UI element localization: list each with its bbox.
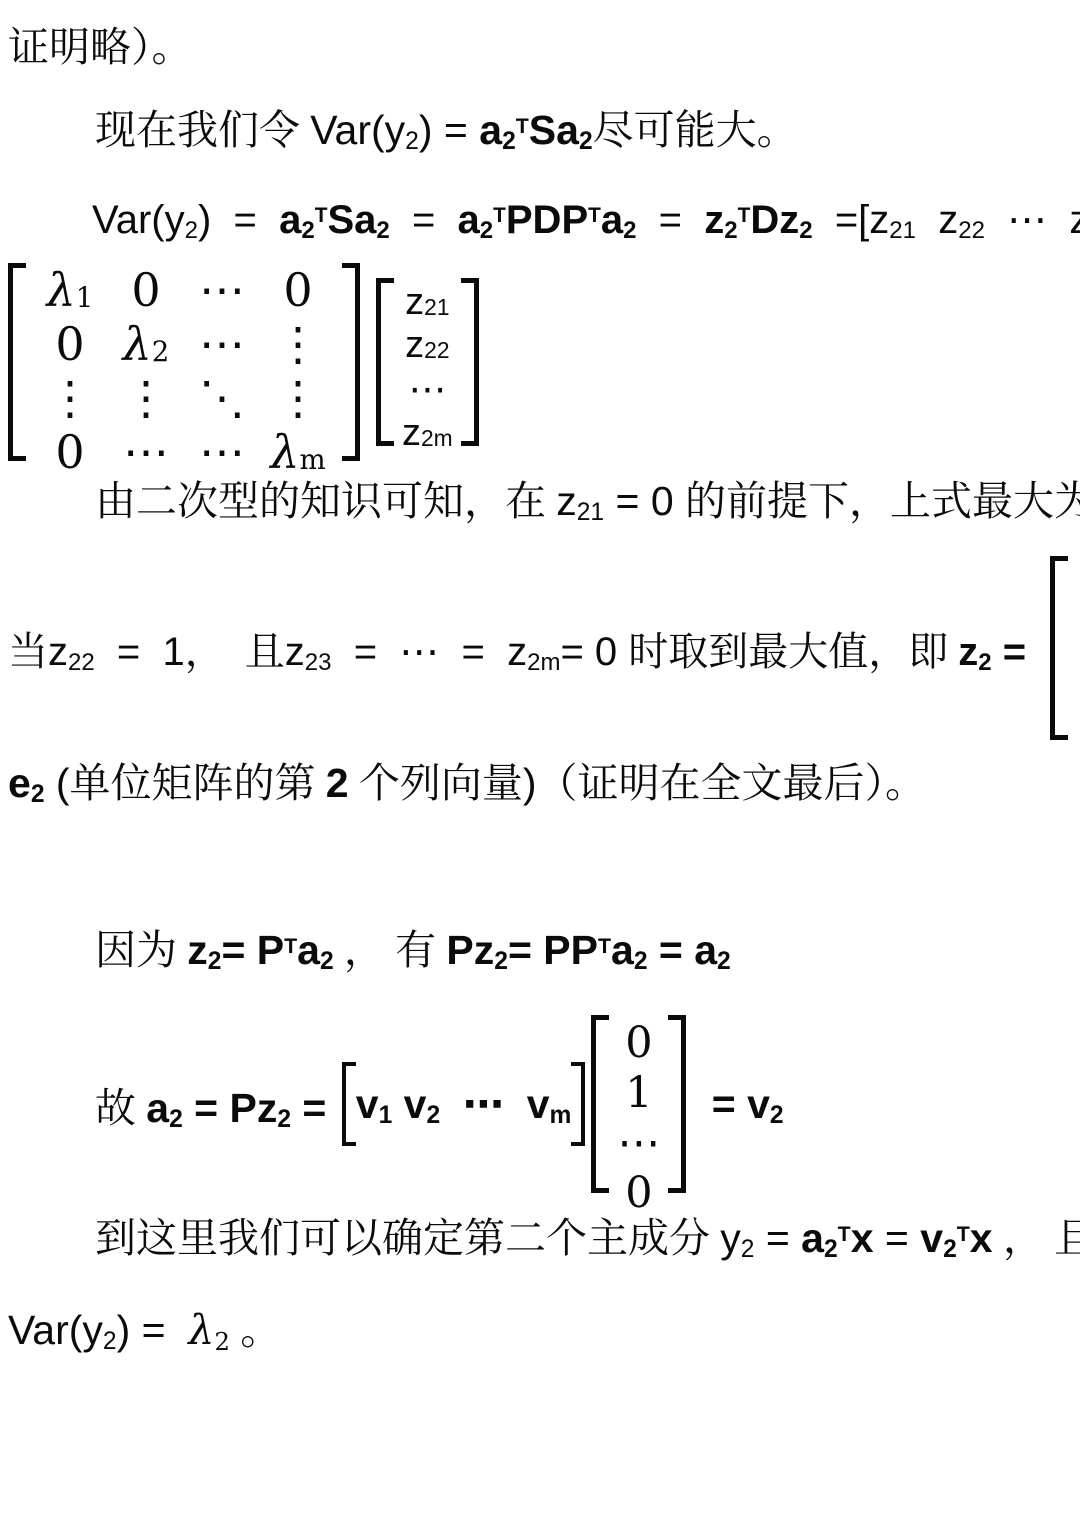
vector-entry: ⋯: [402, 367, 453, 412]
text-segment: a: [801, 1215, 824, 1261]
text-segment: a: [601, 198, 623, 242]
text-segment: v: [920, 1215, 943, 1261]
matrix-cell: λm: [260, 425, 336, 479]
text-segment: 到这里我们可以确定第二个主成分: [95, 1215, 720, 1261]
text-segment: Dz: [750, 198, 799, 242]
vector-entry: 0: [1076, 559, 1080, 609]
text-segment: 0: [283, 263, 312, 317]
text-segment: 2: [301, 217, 314, 244]
text-segment: 2: [502, 128, 516, 155]
text-segment: ， 且: [993, 1215, 1080, 1261]
text-segment: ⋯: [408, 367, 446, 412]
text-segment: ⋮: [123, 371, 169, 425]
text-segment: 2: [770, 1102, 784, 1129]
text-segment: ， 有: [334, 927, 447, 973]
text-segment: ⋯ v: [440, 1081, 549, 1127]
text-segment: z: [916, 198, 958, 242]
text-segment: m: [299, 443, 325, 476]
text-segment: ⋮: [47, 371, 93, 425]
text-segment: 2: [208, 948, 222, 975]
left-bracket-icon: [591, 1015, 609, 1193]
text-segment: T: [516, 114, 529, 138]
text-segment: 故: [95, 1085, 146, 1131]
text-segment: 单位矩阵的第: [70, 760, 326, 806]
text-segment: a: [479, 107, 502, 153]
text-segment: 2: [480, 217, 493, 244]
text-segment: 22: [958, 217, 985, 244]
text-segment: a: [279, 198, 301, 242]
text-segment: Pz: [446, 927, 494, 973]
text-segment: 2: [799, 217, 812, 244]
text-segment: = ⋯ = z: [331, 630, 527, 674]
text-segment: T: [284, 934, 297, 958]
text-segment: 1: [625, 1068, 652, 1118]
lambda-diagonal-matrix: λ10⋯00λ2⋯⋮⋮⋮⋱⋮0⋯⋯λm: [8, 263, 360, 461]
text-segment: z: [187, 927, 208, 973]
text-segment: ， 且: [185, 629, 285, 674]
text-segment: 0: [625, 1168, 652, 1218]
text-segment: T: [838, 1222, 851, 1246]
text-segment: 2: [978, 649, 991, 676]
text-segment: 0: [131, 263, 160, 317]
text-segment: Var(y: [310, 107, 405, 153]
matrix-grid: λ10⋯00λ2⋯⋮⋮⋮⋱⋮0⋯⋯λm: [26, 263, 342, 461]
text-segment: 0: [55, 425, 84, 479]
text-segment: λ: [270, 425, 299, 479]
unit-column-vector: 01⋯0: [1050, 556, 1080, 740]
text-segment: 2: [185, 217, 198, 244]
text-segment: ⋯: [199, 425, 245, 479]
text-segment: 2: [103, 1328, 117, 1355]
selector-column-vector: 01⋯0: [591, 1015, 686, 1193]
matrix-cell: λ1: [32, 263, 108, 317]
text-segment: 2: [31, 781, 45, 808]
text-segment: 时取到最大值，即: [628, 629, 958, 674]
text-segment: 2: [579, 128, 593, 155]
matrix-cell: 0: [260, 263, 336, 317]
text-segment: (: [45, 760, 70, 806]
text-segment: 2: [426, 1102, 440, 1129]
z-column-vector: z21z22⋯z2m: [376, 278, 479, 446]
text-segment: ⋱: [199, 371, 245, 425]
vector-body: 01⋯0: [609, 1015, 668, 1193]
text-segment: 2: [214, 1327, 230, 1356]
text-segment: ) =: [419, 107, 479, 153]
text-segment: ⋯ z: [985, 198, 1080, 242]
text-segment: λ: [123, 317, 152, 371]
equation-var-lambda: Var(y2) = λ2 。: [8, 1305, 281, 1355]
text-segment: 2: [152, 335, 170, 368]
text-segment: v: [392, 1081, 426, 1127]
equation-matrix-product: λ10⋯00λ2⋯⋮⋮⋮⋱⋮0⋯⋯λm z21z22⋯z2m: [8, 263, 479, 461]
text-segment: ⋯: [1076, 659, 1080, 709]
left-bracket-icon: [342, 1062, 356, 1146]
text-segment: = PP: [508, 927, 598, 973]
text-segment: Var(y: [8, 1307, 103, 1353]
text-segment: 22: [424, 337, 449, 364]
text-segment: =: [390, 198, 458, 242]
text-segment: 2: [169, 1106, 183, 1133]
vector-body: z21z22⋯z2m: [394, 278, 461, 446]
text-segment: 因为: [95, 927, 187, 973]
text-segment: 现在我们令: [95, 107, 310, 153]
text-segment: =: [636, 198, 704, 242]
vector-entry: ⋯: [1076, 659, 1080, 709]
text-segment: 2: [741, 1236, 755, 1263]
text-segment: 由二次型的知识可知，在: [95, 478, 556, 524]
text-segment: ⋯: [199, 317, 245, 371]
text-segment: 2m: [527, 649, 560, 676]
text-segment: = v: [700, 1081, 770, 1127]
text-segment: =: [291, 1085, 338, 1131]
text-segment: 23: [305, 649, 332, 676]
paragraph-e2-note: e2 (单位矩阵的第 2 个列向量)（证明在全文最后）。: [8, 758, 926, 808]
text-segment: λ: [188, 1306, 214, 1354]
vector-entry: ⋯: [617, 1118, 660, 1168]
text-segment: Sa: [327, 198, 376, 242]
row-vector-text: v1 v2 ⋯ vm: [356, 1080, 572, 1128]
text-segment: z: [402, 412, 421, 455]
matrix-cell: ⋯: [108, 425, 184, 479]
text-segment: =: [874, 1215, 921, 1261]
text-segment: PDP: [506, 198, 588, 242]
matrix-cell: ⋱: [184, 371, 260, 425]
text-segment: =: [754, 1215, 801, 1261]
text-segment: 2: [326, 760, 349, 806]
text-segment: = a: [648, 927, 718, 973]
text-segment: z: [285, 630, 305, 674]
text-segment: T: [588, 204, 601, 227]
text-segment: e: [8, 760, 31, 806]
left-bracket-icon: [8, 263, 26, 461]
text-segment: 2m: [421, 425, 453, 452]
vector-entry: z22: [402, 324, 453, 367]
matrix-cell: ⋮: [260, 371, 336, 425]
text-segment: T: [493, 204, 506, 227]
text-segment: ) =: [198, 198, 279, 242]
text-segment: 个列向量: [349, 760, 523, 806]
text-segment: 1: [379, 1102, 393, 1129]
right-bracket-icon: [342, 263, 360, 461]
vector-entry: 1: [617, 1068, 660, 1118]
right-bracket-icon: [461, 278, 479, 446]
text-segment: z: [405, 324, 424, 367]
text-segment: = Pz: [183, 1085, 278, 1131]
matrix-cell: 0: [32, 317, 108, 371]
text-segment: ⋮: [275, 317, 321, 371]
text-segment: ⋯: [123, 425, 169, 479]
vector-entry: 1: [1076, 609, 1080, 659]
left-bracket-icon: [1050, 556, 1068, 740]
paragraph-quadratic-form: 由二次型的知识可知，在 z21 = 0 的前提下，上式最大为λ2，: [95, 476, 1080, 526]
text-segment: T: [957, 1222, 970, 1246]
text-segment: a: [297, 927, 320, 973]
text-segment: = P: [221, 927, 284, 973]
text-segment: T: [315, 204, 328, 227]
matrix-cell: 0: [32, 425, 108, 479]
equation-text: 故 a2 = Pz2 =: [95, 1075, 338, 1134]
matrix-cell: λ2: [108, 317, 184, 371]
vector-entry: 0: [617, 1168, 660, 1218]
matrix-cell: ⋯: [184, 263, 260, 317]
right-bracket-icon: [571, 1062, 585, 1146]
text-segment: 21: [424, 294, 449, 321]
matrix-cell: ⋯: [184, 425, 260, 479]
text-segment: 。: [230, 1307, 281, 1353]
text-segment: Sa: [529, 107, 579, 153]
text-segment: a: [146, 1085, 169, 1131]
text-segment: 2: [824, 1236, 838, 1263]
text-segment: =[z: [813, 198, 890, 242]
text-segment: ) =: [117, 1307, 189, 1353]
text-segment: （证明在全文最后）。: [537, 760, 927, 806]
text-segment: ⋮: [275, 371, 321, 425]
vector-body: 01⋯0: [1068, 556, 1080, 740]
text-segment: z: [958, 630, 978, 674]
text-segment: λ: [47, 263, 76, 317]
text-segment: Var(y: [92, 198, 185, 242]
matrix-cell: ⋮: [32, 371, 108, 425]
equation-text: = v2: [700, 1080, 783, 1128]
equation-var-expansion: Var(y2) = a2TSa2 = a2TPDPTa2 = z2TDz2 =[…: [92, 196, 1080, 245]
text-segment: z: [48, 630, 68, 674]
text-segment: 2: [943, 1236, 957, 1263]
text-segment: ⋯: [617, 1118, 660, 1168]
equation-z2-solution: 当z22 = 1， 且z23 = ⋯ = z2m= 0 时取到最大值，即 z2 …: [8, 552, 1080, 744]
text-segment: y: [720, 1215, 741, 1261]
matrix-cell: ⋮: [108, 371, 184, 425]
text-segment: 2: [405, 128, 419, 155]
text-segment: T: [738, 204, 751, 227]
text-segment: 当: [8, 629, 48, 674]
text-segment: 2: [717, 948, 731, 975]
text-segment: T: [598, 934, 611, 958]
matrix-cell: ⋮: [260, 317, 336, 371]
text-segment: 尽可能大。: [593, 107, 798, 153]
vector-entry: z2m: [402, 412, 453, 455]
text-segment: z: [704, 198, 724, 242]
text-segment: z: [556, 478, 577, 524]
text-segment: 2: [494, 948, 508, 975]
text-segment: = 0: [604, 478, 685, 524]
matrix-cell: 0: [108, 263, 184, 317]
text-segment: 1: [76, 281, 94, 314]
text-segment: z: [405, 281, 424, 324]
text-segment: 2: [724, 217, 737, 244]
text-segment: = 1: [95, 630, 185, 674]
text-segment: 0: [625, 1018, 652, 1068]
text-segment: 证明略）。: [8, 24, 193, 70]
equation-text: 当z22 = 1， 且z23 = ⋯ = z2m= 0 时取到最大值，即 z2 …: [8, 620, 1026, 677]
text-segment: 2: [634, 948, 648, 975]
text-segment: v: [356, 1081, 379, 1127]
text-segment: 21: [577, 499, 604, 526]
paragraph-conclusion: 到这里我们可以确定第二个主成分 y2 = a2Tx = v2Tx ， 且: [95, 1213, 1080, 1263]
text-segment: 22: [68, 649, 95, 676]
text-segment: 21: [889, 217, 916, 244]
text-segment: 2: [623, 217, 636, 244]
text-segment: 0: [55, 317, 84, 371]
text-segment: 2: [320, 948, 334, 975]
text-segment: =: [992, 630, 1026, 674]
text-segment: 2: [376, 217, 389, 244]
document-page: 证明略）。 现在我们令 Var(y2) = a2TSa2尽可能大。 Var(y2…: [0, 0, 1080, 1527]
text-segment: m: [550, 1102, 572, 1129]
text-segment: 2: [277, 1106, 291, 1133]
text-segment: ): [523, 760, 537, 806]
text-segment: a: [611, 927, 634, 973]
text-segment: x: [851, 1215, 874, 1261]
vector-entry: z21: [402, 281, 453, 324]
vector-entry: 0: [617, 1018, 660, 1068]
text-segment: x: [970, 1215, 993, 1261]
paragraph-maximize-var: 现在我们令 Var(y2) = a2TSa2尽可能大。: [95, 105, 798, 155]
equation-because: 因为 z2= PTa2 ， 有 Pz2= PPTa2 = a2: [95, 925, 731, 975]
text-segment: 的前提下，上式最大为: [685, 478, 1080, 524]
text-segment: a: [458, 198, 480, 242]
paragraph-proof-omitted: 证明略）。: [8, 22, 193, 72]
text-segment: = 0: [560, 630, 628, 674]
left-bracket-icon: [376, 278, 394, 446]
right-bracket-icon: [668, 1015, 686, 1193]
matrix-cell: ⋯: [184, 317, 260, 371]
equation-a2-solution: 故 a2 = Pz2 = v1 v2 ⋯ vm 01⋯0 = v2: [95, 1010, 784, 1198]
vector-entry: 0: [1076, 709, 1080, 759]
text-segment: ⋯: [199, 263, 245, 317]
